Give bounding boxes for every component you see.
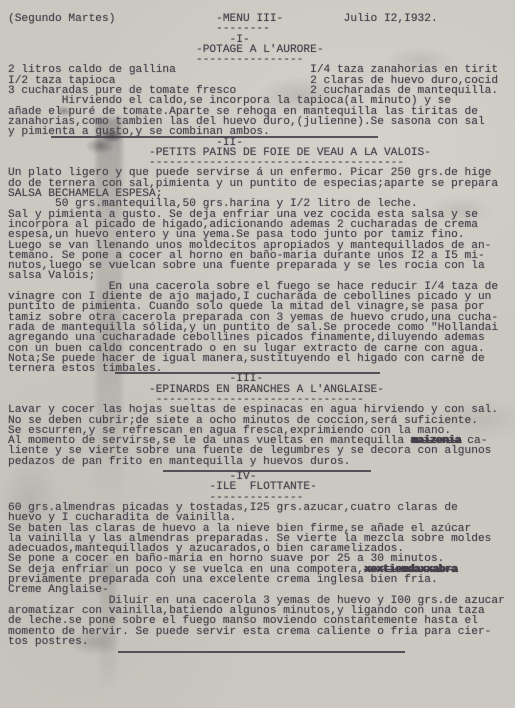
ink-rule (51, 136, 378, 138)
ink-rule (115, 372, 380, 374)
ink-rule (118, 651, 405, 653)
text-line: huevo y I cucharadita de vainilla. (8, 513, 515, 523)
typewritten-text-body: (Segundo Martes) -MENU III- Julio I2,I93… (0, 0, 515, 653)
ink-rule (163, 470, 371, 472)
text-line: de leche.se pone sobre el fuego manso mo… (8, 616, 515, 626)
text-line: espesa,un huevo entero y una yema.Se pas… (8, 230, 515, 240)
text-line: agregando una cucharadade cebollines pic… (8, 333, 515, 343)
text-line: tos postres. (8, 637, 515, 647)
text-line: pedazos de pan frito en mantequilla y hu… (8, 457, 515, 467)
document-page: (Segundo Martes) -MENU III- Julio I2,I93… (0, 0, 515, 708)
